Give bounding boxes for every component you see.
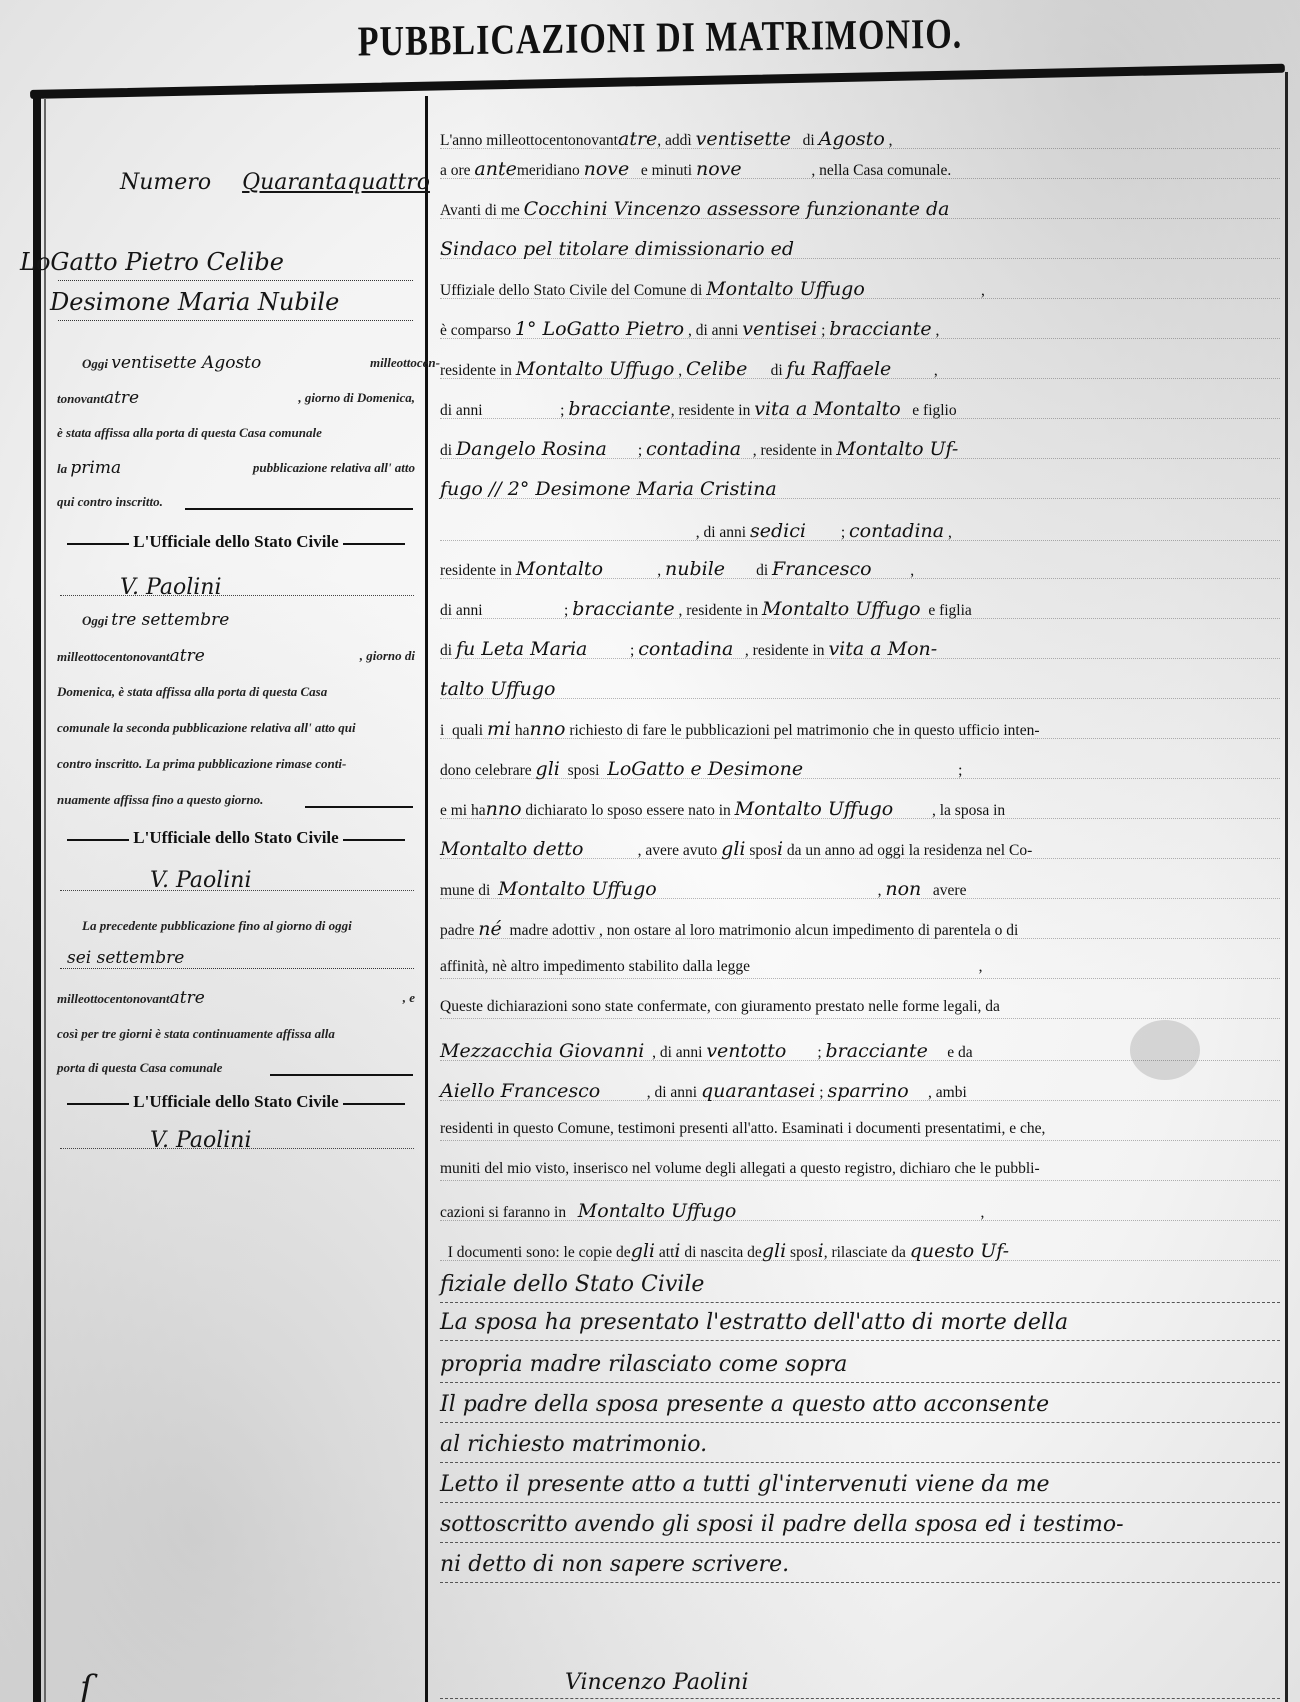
printed-text: madre adottiv , non ostare al loro matri… [502,922,1019,939]
form-line: fugo // 2° Desimone Maria Cristina [440,478,1280,500]
printed-text: , [932,322,940,339]
form-line: dono celebrare gli sposi LoGatto e Desim… [440,758,1280,780]
rule [440,338,1280,339]
printed-text: ; [607,442,646,459]
rule [440,178,1280,179]
printed-text: , [736,1204,984,1221]
handwritten-entry: né [478,918,501,940]
handwritten-entry: mi [487,718,511,740]
printed-text: residente in [440,562,516,579]
rule [440,578,1280,579]
rule [58,320,413,321]
printed-text: affinità, nè altro impedimento stabilito… [440,958,983,975]
printed-text: e figlia [921,602,972,619]
form-line: Uffiziale dello Stato Civile del Comune … [440,278,1280,300]
printed-text: meridiano [517,162,584,179]
printed-text: e da [928,1044,973,1061]
rule [440,898,1280,899]
handwritten-entry: talto Uffugo [440,678,555,700]
form-line: padre né madre adottiv , non ostare al l… [440,918,1280,940]
printed-text: e figlio [901,402,957,419]
rule [440,1140,1280,1141]
first-pub-line3: è stata affissa alla porta di questa Cas… [57,425,415,441]
printed-text: , [891,362,938,379]
rule [440,698,1280,699]
rule [440,1462,1280,1463]
printed-text: di [747,362,786,379]
printed-text: L'anno milleottocentonovant [440,132,618,149]
handwritten-entry: vita a Montalto [754,398,900,420]
printed-text: ; [803,762,962,779]
frame-right-rule [1285,72,1288,1702]
rule [440,1340,1280,1341]
printed-text: di anni ; [440,602,572,619]
signature-line [60,890,414,891]
printed-text: , [657,882,886,899]
handwritten-entry: ventisette [696,128,791,150]
rule [440,458,1280,459]
printed-text: di [440,442,456,459]
rule [440,498,1280,499]
rule [440,298,1280,299]
frame-left-thin-rule [44,98,46,1702]
officer-heading-1: L'Ufficiale dello Stato Civile [57,532,415,552]
printed-text: , rilasciate da [824,1244,910,1261]
rule [440,618,1280,619]
rule [440,540,1280,541]
handwritten-entry: Aiello Francesco [440,1080,600,1102]
closing-line3: milleottocentonovantatre , e [57,990,415,1007]
rule [440,418,1280,419]
handwritten-entry: Montalto detto [440,838,583,860]
printed-text: Avanti di me [440,202,524,219]
printed-text: Uffiziale dello Stato Civile del Comune … [440,282,706,299]
printed-text: , di anni [644,1044,706,1061]
column-divider [425,96,428,1702]
form-line: di anni ; bracciante , residente in Mont… [440,598,1280,620]
closing-line4: così per tre giorni è stata continuament… [57,1026,415,1042]
printed-text: residente in [440,362,516,379]
handwritten-entry: bracciante [572,598,674,620]
printed-text: , addì [657,132,695,149]
rule [440,1220,1280,1221]
handwritten-entry: fu Leta Maria [456,638,587,660]
signature-line [60,595,414,596]
form-line: mune di Montalto Uffugo , non avere [440,878,1280,900]
handwritten-entry: Montalto [516,558,603,580]
handwritten-entry: non [885,878,921,900]
form-line: Montalto detto , avere avuto gli sposi d… [440,838,1280,860]
handwritten-entry: sparrino [827,1080,908,1102]
handwritten-line: ni detto di non sapere scrivere. [440,1552,1280,1577]
rule [440,218,1280,219]
first-pub-date: ventisette Agosto [111,353,261,373]
form-line: di Dangelo Rosina ; contadina , resident… [440,438,1280,460]
printed-text: ; [786,1044,825,1061]
handwritten-entry: Francesco [772,558,872,580]
printed-text: dichiarato lo sposo essere nato in [522,802,735,819]
handwritten-entry: Montalto Uffugo [762,598,921,620]
handwritten-entry: Celibe [686,358,747,380]
handwritten-entry: nove [696,158,742,180]
handwritten-entry: 1° LoGatto Pietro [515,318,684,340]
form-line: residenti in questo Comune, testimoni pr… [440,1120,1280,1138]
handwritten-line: La sposa ha presentato l'estratto dell'a… [440,1310,1280,1335]
closing-line1: La precedente pubblicazione fino al gior… [57,918,440,934]
form-line: Sindaco pel titolare dimissionario ed [440,238,1280,260]
printed-text: , ambi [909,1084,967,1101]
form-line: talto Uffugo [440,678,1280,700]
form-line: cazioni si faranno in Montalto Uffugo , [440,1200,1280,1222]
rule [440,818,1280,819]
second-pub-line1: Oggi tre settembre [57,612,440,629]
handwritten-entry: Dangelo Rosina [456,438,607,460]
printed-text: , di anni [600,1084,701,1101]
form-line: Aiello Francesco , di anni quarantasei ;… [440,1080,1280,1102]
rule [440,1100,1280,1101]
document-page: PUBBLICAZIONI DI MATRIMONIO. Numero Quar… [0,0,1300,1702]
printed-text: i quali [440,722,487,739]
rule [440,658,1280,659]
printed-text: , [944,524,952,541]
rule [440,1260,1280,1261]
handwritten-entry: contadina [849,520,944,542]
officer-signature-3: V. Paolini [150,1128,251,1153]
rule [440,1502,1280,1503]
printed-text: muniti del mio visto, inserisco nel volu… [440,1160,1040,1177]
handwritten-entry: fugo // 2° Desimone Maria Cristina [440,478,777,500]
form-line: e mi hanno dichiarato lo sposo essere na… [440,798,1280,820]
printed-text: , di anni [684,322,742,339]
printed-text: , nella Casa comunale. [742,162,952,179]
rule [440,1582,1280,1583]
printed-text: dono celebrare [440,762,536,779]
form-line: residente in Montalto Uffugo , Celibe di… [440,358,1280,380]
printed-text: ; [815,1084,827,1101]
handwritten-entry: nno [530,718,566,740]
handwritten-entry: ventisei [742,318,817,340]
printed-text: , [603,562,665,579]
second-pub-line3: Domenica, è stata affissa alla porta di … [57,684,415,700]
second-pub-line5: contro inscritto. La prima pubblicazione… [57,756,415,772]
rule [440,1422,1280,1423]
form-line: di fu Leta Maria ; contadina , residente… [440,638,1280,660]
handwritten-entry: Sindaco pel titolare dimissionario ed [440,238,794,260]
rule [440,1382,1280,1383]
handwritten-line: sottoscritto avendo gli sposi il padre d… [440,1512,1280,1537]
handwritten-entry: bracciante [568,398,670,420]
signature-line [60,1148,414,1149]
printed-text: att [655,1244,674,1261]
closing-date: sei settembre [67,948,184,968]
printed-text: , [674,362,686,379]
handwritten-entry: fu Raffaele [787,358,892,380]
printed-text: , residente in [671,402,755,419]
bride-name: Desimone Maria Nubile [50,288,339,316]
rule [440,1060,1280,1061]
handwritten-entry: quarantasei [701,1080,815,1102]
rule [440,1018,1280,1019]
printed-text: , residente in [675,602,762,619]
handwritten-entry: Agosto [819,128,885,150]
frame-left-rule [33,98,41,1702]
handwritten-entry: Montalto Uffugo [578,1200,737,1222]
printed-text: ; [587,642,638,659]
handwritten-entry: gli [536,758,560,780]
printed-text: è comparso [440,322,515,339]
closing-year: atre [170,988,205,1008]
printed-text: , [885,132,893,149]
printed-text: a ore [440,162,474,179]
first-pub-line1: Oggi ventisette Agosto milleottocen- [57,355,440,372]
rule [60,968,414,969]
rule [185,508,413,510]
printed-text: ha [511,722,530,739]
handwritten-entry: contadina [646,438,741,460]
printed-text: e mi ha [440,802,486,819]
printed-text: spos [786,1244,817,1261]
first-pub-line2: tonovantatre , giorno di Domenica, [57,390,415,407]
second-pub-year: atre [170,646,205,666]
rule [440,1302,1280,1303]
rule [440,738,1280,739]
handwritten-entry: contadina [638,638,733,660]
numero-label: Numero [120,170,211,195]
rule [270,1074,413,1076]
second-pub-line2: milleottocentonovantatre , giorno di [57,648,415,665]
officer-heading-2: L'Ufficiale dello Stato Civile [57,828,415,848]
printed-text: , [865,282,985,299]
form-line: muniti del mio visto, inserisco nel volu… [440,1160,1280,1178]
form-line: I documenti sono: le copie degli atti di… [440,1240,1280,1262]
ink-mark: ſ [80,1668,93,1702]
printed-text: ; [817,322,829,339]
rule [440,1542,1280,1543]
handwritten-entry: sedici [750,520,806,542]
form-line: Queste dichiarazioni sono state conferma… [440,998,1280,1016]
rule [440,778,1280,779]
printed-text: , la sposa in [893,802,1005,819]
handwritten-line: Letto il presente atto a tutti gl'interv… [440,1472,1280,1497]
printed-text: di anni ; [440,402,568,419]
form-line: residente in Montalto , nubile di France… [440,558,1280,580]
handwritten-entry: questo Uf- [910,1240,1009,1262]
handwritten-entry: vita a Mon- [828,638,937,660]
handwritten-entry: Montalto Uffugo [706,278,865,300]
form-line: è comparso 1° LoGatto Pietro , di anni v… [440,318,1280,340]
handwritten-entry: nove [584,158,630,180]
form-line: i quali mi hanno richiesto di fare le pu… [440,718,1280,740]
rule [58,280,413,281]
printed-text: , avere avuto [583,842,721,859]
first-pub-line4: la prima pubblicazione relativa all' att… [57,460,415,477]
handwritten-entry: gli [631,1240,655,1262]
printed-text: di nascita de [680,1244,761,1261]
form-line: di anni ; bracciante, residente in vita … [440,398,1280,420]
printed-text: di [725,562,772,579]
record-number: Numero Quarantaquattro [120,170,430,195]
handwritten-entry: nubile [665,558,725,580]
first-pub-year: atre [104,388,139,408]
printed-text: e minuti [629,162,696,179]
form-line: a ore antemeridiano nove e minuti nove ,… [440,158,1280,180]
rule [440,978,1280,979]
handwritten-entry: gli [762,1240,786,1262]
form-line: Mezzacchia Giovanni , di anni ventotto ;… [440,1040,1280,1062]
handwritten-entry: gli [721,838,745,860]
rule [440,858,1280,859]
numero-value: Quarantaquattro [242,170,430,195]
rule [440,938,1280,939]
handwritten-entry: Montalto Uffugo [498,878,657,900]
printed-text: da un anno ad oggi la residenza nel Co- [783,842,1032,859]
handwritten-line: propria madre rilasciato come sopra [440,1352,1280,1377]
rule [305,806,413,808]
rule [440,148,1280,149]
printed-text: di [791,132,819,149]
handwritten-entry: atre [618,128,657,150]
form-line: affinità, nè altro impedimento stabilito… [440,958,1280,976]
frame-top-rule [30,64,1285,99]
form-line: Avanti di me Cocchini Vincenzo assessore… [440,198,1280,220]
rule [440,1180,1280,1181]
officer-signature-1: V. Paolini [120,575,221,600]
closing-line2: sei settembre [57,950,415,967]
printed-text: , di anni [440,524,750,541]
officer-heading-3: L'Ufficiale dello Stato Civile [57,1092,415,1112]
printed-text: residenti in questo Comune, testimoni pr… [440,1120,1045,1137]
form-line: L'anno milleottocentonovantatre, addì ve… [440,128,1280,150]
printed-text: mune di [440,882,498,899]
printed-text: ; [806,524,849,541]
printed-text: avere [921,882,966,899]
printed-text: Queste dichiarazioni sono state conferma… [440,998,1000,1015]
handwritten-entry: ante [474,158,516,180]
printed-text: padre [440,922,478,939]
handwritten-entry: Cocchini Vincenzo assessore funzionante … [524,198,950,220]
printed-text: , [872,562,915,579]
rule [440,258,1280,259]
handwritten-entry: bracciante [829,318,931,340]
printed-text: di [440,642,456,659]
second-pub-date: tre settembre [111,610,229,630]
printed-text: , residente in [741,442,836,459]
handwritten-entry: Montalto Uffugo [735,798,894,820]
groom-name: LoGatto Pietro Celibe [20,248,284,276]
printed-text: , residente in [733,642,828,659]
handwritten-entry: nno [486,798,522,820]
handwritten-line: Il padre della sposa presente a questo a… [440,1392,1280,1417]
page-title: PUBBLICAZIONI DI MATRIMONIO. [300,11,1020,68]
second-pub-line4: comunale la seconda pubblicazione relati… [57,720,415,736]
printed-text: spos [745,842,776,859]
handwritten-entry: Montalto Uf- [836,438,958,460]
handwritten-line: al richiesto matrimonio. [440,1432,1280,1457]
form-line: , di anni sedici ; contadina , [440,520,1280,542]
printed-text: cazioni si faranno in [440,1204,578,1221]
printed-text: sposi [560,762,607,779]
rule [440,378,1280,379]
handwritten-entry: ventotto [706,1040,786,1062]
printed-text: richiesto di fare le pubblicazioni pel m… [565,722,1039,739]
rule [440,1698,1280,1699]
final-signature: Vincenzo Paolini [565,1670,749,1695]
handwritten-entry: Mezzacchia Giovanni [440,1040,644,1062]
handwritten-entry: LoGatto e Desimone [607,758,803,780]
printed-text: I documenti sono: le copie de [440,1244,631,1261]
handwritten-entry: Montalto Uffugo [516,358,675,380]
first-pub-ordinal: prima [70,458,121,478]
handwritten-line: fiziale dello Stato Civile [440,1272,1280,1297]
handwritten-entry: bracciante [826,1040,928,1062]
